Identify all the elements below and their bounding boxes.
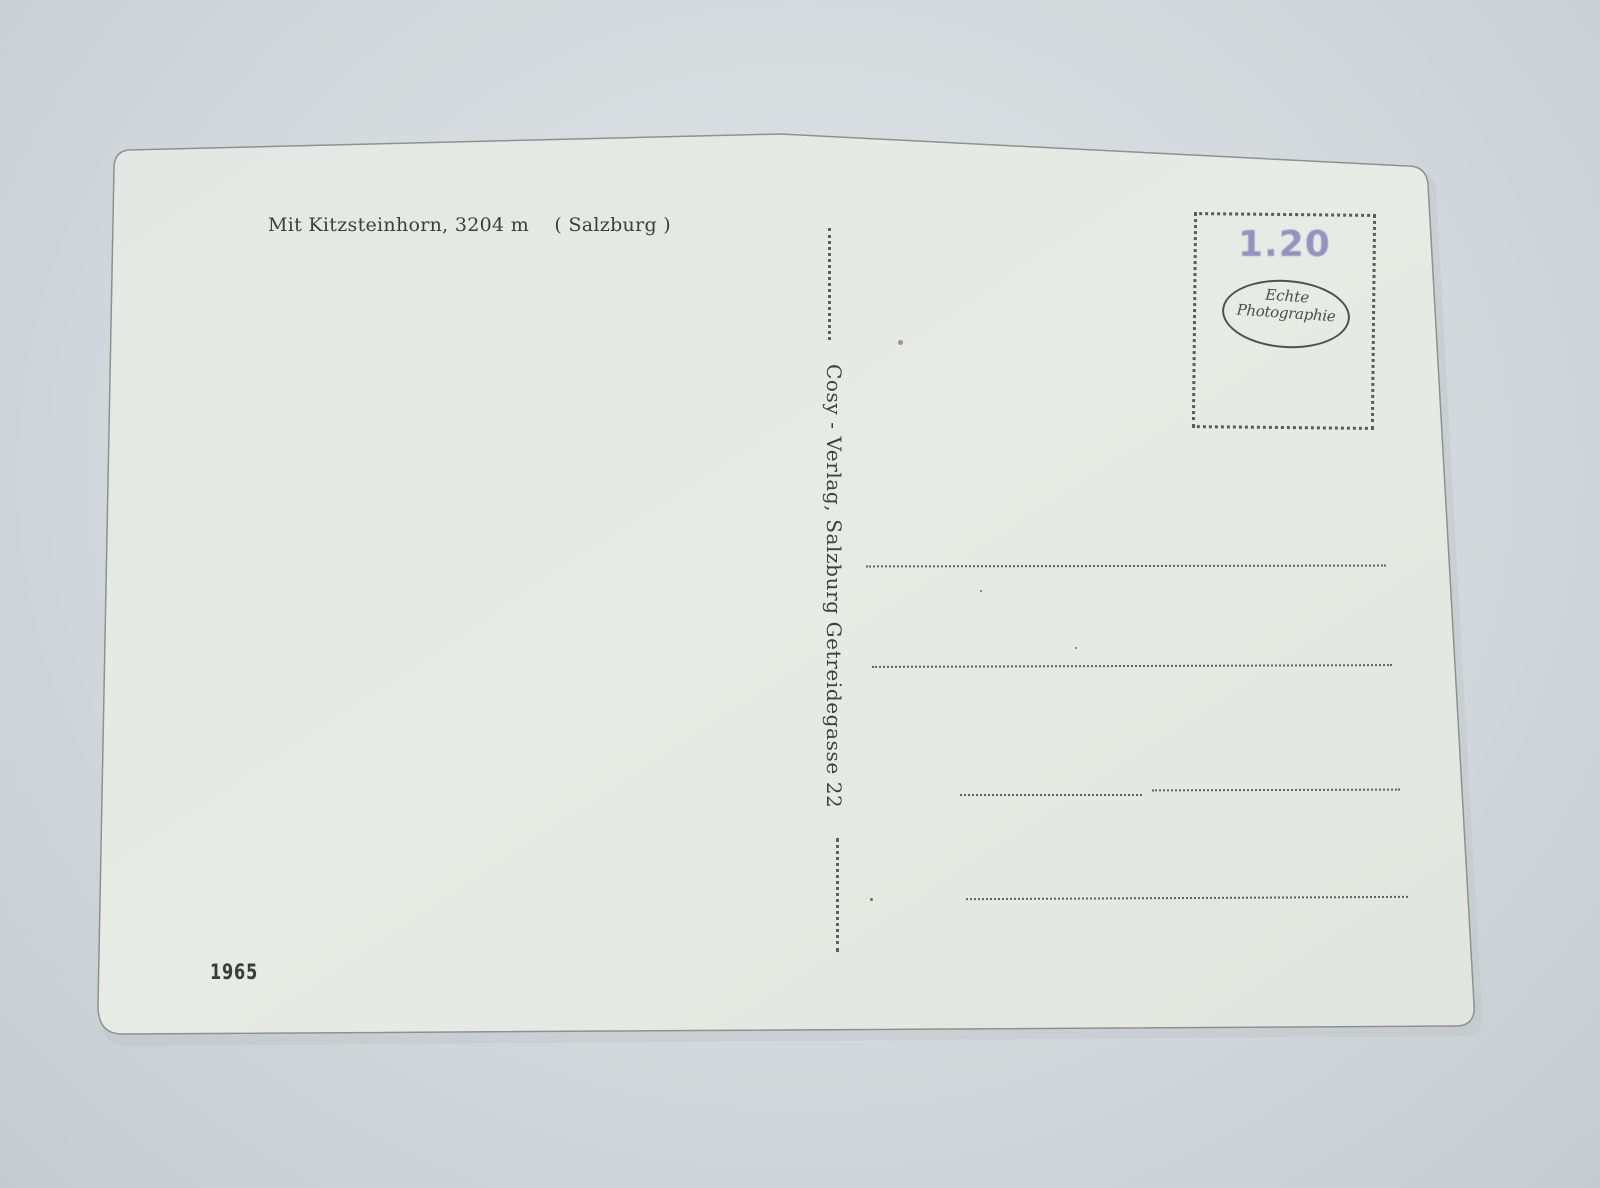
paper-speck [870, 898, 873, 901]
price-stamp: 1.20 [1238, 224, 1331, 265]
publisher-imprint: Cosy - Verlag, Salzburg Getreidegasse 22 [822, 364, 846, 808]
card-caption: Mit Kitzsteinhorn, 3204 m ( Salzburg ) [268, 214, 671, 236]
paper-speck [1075, 647, 1077, 649]
paper-speck [898, 340, 903, 345]
postcard-outline [0, 0, 1600, 1188]
year-code: 1965 [210, 960, 258, 984]
paper-speck [980, 590, 982, 592]
divider-bottom-dots [836, 838, 839, 952]
divider-top-dots [828, 228, 831, 340]
postcard-back: Mit Kitzsteinhorn, 3204 m ( Salzburg ) C… [0, 0, 1600, 1188]
address-line-3a [960, 794, 1142, 796]
